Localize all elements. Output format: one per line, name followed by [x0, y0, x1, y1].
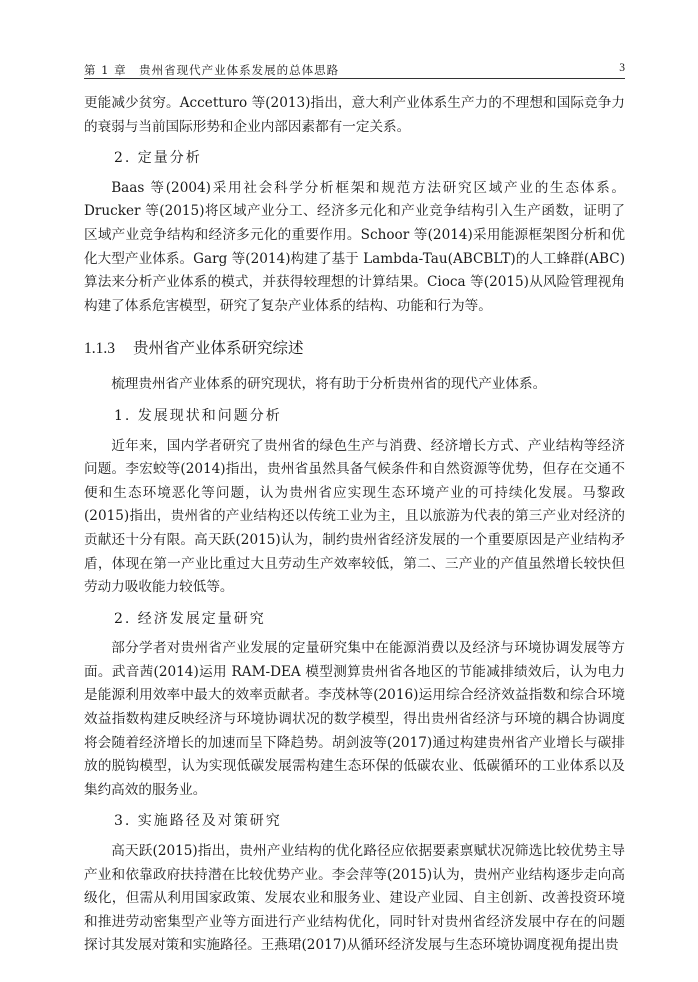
subheading-econ-quant: 2. 经济发展定量研究 [114, 608, 625, 632]
paragraph-status: 近年来，国内学者研究了贵州省的绿色生产与消费、经济增长方式、产业结构等经济问题。… [84, 435, 625, 600]
section-title: 贵州省产业体系研究综述 [133, 339, 304, 357]
paragraph-intro: 更能减少贫穷。Accetturo 等(2013)指出，意大利产业体系生产力的不理… [84, 92, 625, 139]
section-number: 1.1.3 [84, 340, 115, 357]
page-number: 3 [619, 62, 625, 74]
paragraph-path: 高天跃(2015)指出，贵州产业结构的优化路径应依据要素禀赋状况筛选比较优势主导… [84, 840, 625, 958]
section-heading: 1.1.3贵州省产业体系研究综述 [84, 336, 625, 361]
running-header: 第 1 章 贵州省现代产业体系发展的总体思路 3 [84, 60, 625, 79]
paragraph-section-intro: 梳理贵州省产业体系的研究现状，将有助于分析贵州省的现代产业体系。 [84, 373, 625, 397]
body-text: 更能减少贫穷。Accetturo 等(2013)指出，意大利产业体系生产力的不理… [84, 92, 625, 958]
subheading-path: 3. 实施路径及对策研究 [114, 810, 625, 834]
paragraph-quantitative: Baas 等(2004)采用社会科学分析框架和规范方法研究区域产业的生态体系。D… [84, 177, 625, 319]
chapter-title: 第 1 章 贵州省现代产业体系发展的总体思路 [84, 62, 339, 78]
paragraph-econ-quant: 部分学者对贵州省产业发展的定量研究集中在能源消费以及经济与环境协调发展等方面。武… [84, 637, 625, 802]
subheading-quantitative: 2. 定量分析 [114, 147, 625, 171]
subheading-status: 1. 发展现状和问题分析 [114, 405, 625, 429]
